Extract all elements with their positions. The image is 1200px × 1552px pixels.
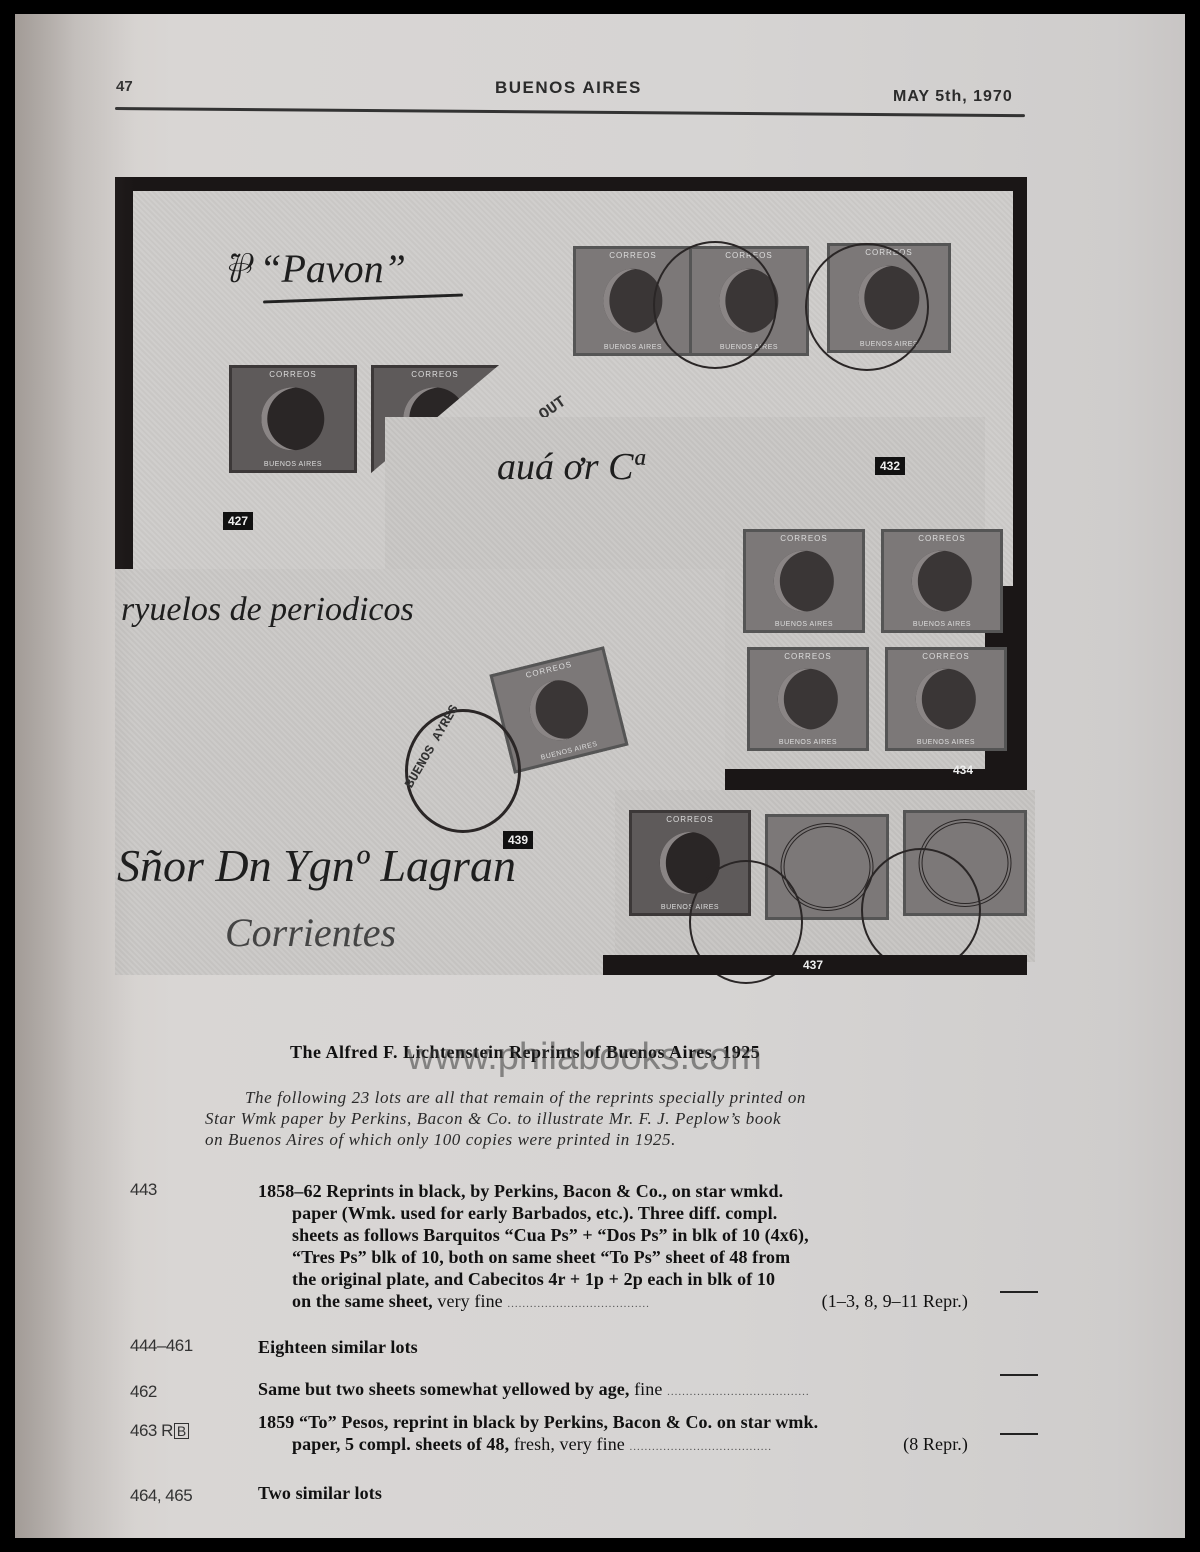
lot-label-434: 434 — [953, 763, 973, 777]
lot-number: 464, 465 — [130, 1486, 192, 1506]
lot-description: 1858–62 Reprints in black, by Perkins, B… — [258, 1180, 968, 1315]
lot-description: Same but two sheets somewhat yellowed by… — [258, 1378, 968, 1403]
price-dash — [1000, 1291, 1038, 1293]
handwriting-pavon: ⅌ “Pavon” — [223, 239, 406, 294]
lot-number: 443 — [130, 1180, 157, 1200]
catalog-reference: (1–3, 8, 9–11 Repr.) — [822, 1290, 968, 1312]
handwriting-flourish — [263, 294, 463, 304]
plate-divider — [713, 769, 1027, 789]
handwriting-city: Corrientes — [225, 909, 396, 956]
lot-description: Two similar lots — [258, 1482, 968, 1504]
stamp-434-1: CORREOSBUENOS AIRES — [743, 529, 865, 633]
lot-number: 463 RB — [130, 1421, 189, 1441]
sale-date: MAY 5th, 1970 — [893, 88, 1013, 106]
watermark: www.philabooks.com — [407, 1036, 762, 1079]
photo-plate: ⅌ “Pavon” CORREOS BUENOS AIRES CORREOS R… — [115, 177, 1027, 975]
catalog-reference: (8 Repr.) — [903, 1433, 968, 1455]
intro-line: on Buenos Aires of which only 100 copies… — [205, 1129, 1005, 1150]
header-rule — [115, 107, 1025, 117]
price-dash — [1000, 1374, 1038, 1376]
cancel-circle — [653, 241, 777, 369]
catalog-page: 47 BUENOS AIRES MAY 5th, 1970 ⅌ “Pavon” … — [15, 14, 1185, 1538]
block-badge: B — [174, 1423, 189, 1439]
handwriting-addressee: Sñor Dn Ygnº Lagran — [117, 839, 516, 892]
lot-description: 1859 “To” Pesos, reprint in black by Per… — [258, 1411, 968, 1458]
lot-description: Eighteen similar lots — [258, 1336, 968, 1358]
lot-label-432: 432 — [875, 457, 905, 475]
section-intro: The following 23 lots are all that remai… — [205, 1087, 1005, 1150]
lot-label-427: 427 — [223, 512, 253, 530]
intro-line: Star Wmk paper by Perkins, Bacon & Co. t… — [205, 1108, 1005, 1129]
price-dash — [1000, 1433, 1038, 1435]
stamp-434-3: CORREOSBUENOS AIRES — [747, 647, 869, 751]
lot-number: 462 — [130, 1382, 157, 1402]
handwriting-periodicos: ryuelos de periodicos — [121, 591, 414, 629]
intro-line: The following 23 lots are all that remai… — [205, 1087, 1005, 1108]
reprint-badge: R — [161, 1421, 173, 1440]
lot-number: 444–461 — [130, 1336, 193, 1356]
stamp-434-2: CORREOSBUENOS AIRES — [881, 529, 1003, 633]
cover-437: CORREOSBUENOS AIRES — [615, 790, 1035, 962]
stamp-434-4: CORREOSBUENOS AIRES — [885, 647, 1007, 751]
lot-label-437: 437 — [803, 958, 823, 972]
stamp-2-pesos: CORREOS BUENOS AIRES — [229, 365, 357, 473]
cancel-circle — [805, 243, 929, 371]
lot-label-439: 439 — [503, 831, 533, 849]
running-title: BUENOS AIRES — [495, 78, 642, 98]
cancel-circle — [861, 848, 981, 972]
page-number: 47 — [116, 78, 133, 95]
handwriting-address: auá ơr Cª — [497, 445, 644, 489]
